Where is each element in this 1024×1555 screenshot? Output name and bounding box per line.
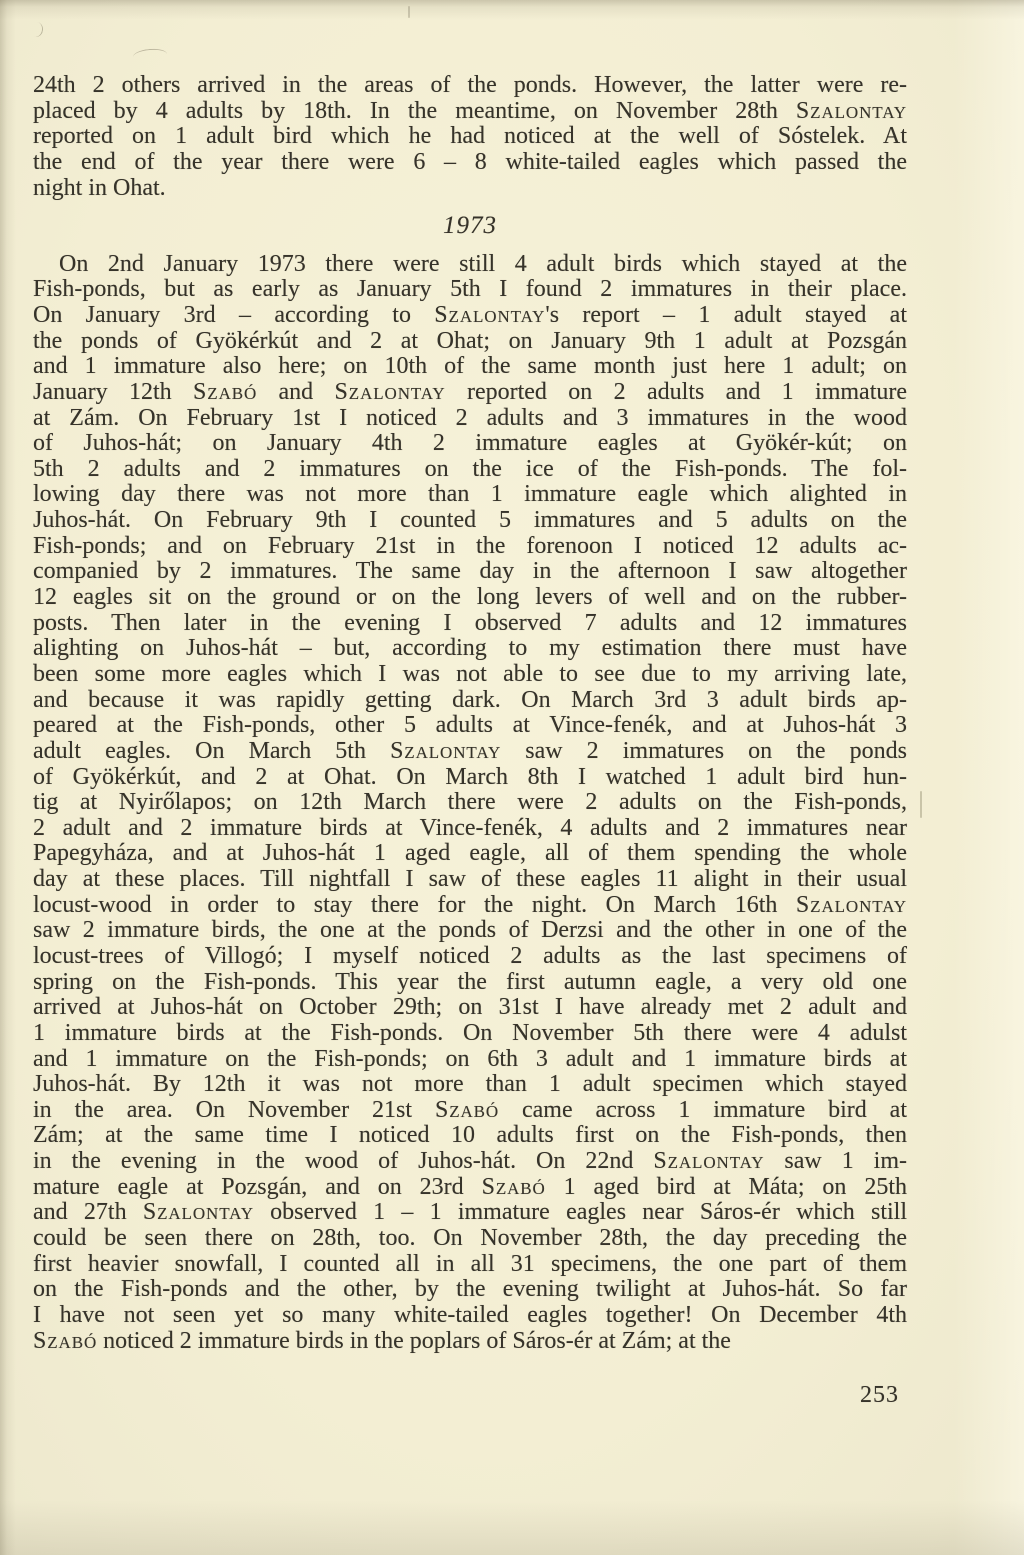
- text-line: adult eagles. On March 5th Szalontay saw…: [33, 739, 907, 765]
- text-line: and because it was rapidly getting dark.…: [33, 688, 907, 714]
- text-line: locust-trees of Villogó; I myself notice…: [33, 944, 907, 970]
- text-line: of Gyökérkút, and 2 at Ohat. On March 8t…: [33, 765, 907, 791]
- page-number: 253: [33, 1382, 907, 1409]
- text-line: 24th 2 others arrived in the areas of th…: [33, 73, 907, 99]
- person-name-smallcaps: Szabó: [193, 379, 257, 405]
- text-line: companied by 2 immatures. The same day i…: [33, 559, 907, 585]
- person-name-smallcaps: Szabó: [435, 1097, 499, 1123]
- text-line: 5th 2 adults and 2 immatures on the ice …: [33, 457, 907, 483]
- paragraph-year-1973: On 2nd January 1973 there were still 4 a…: [33, 252, 907, 1355]
- scan-artifact-corner-mark: [28, 21, 45, 39]
- person-name-smallcaps: Szalontay: [796, 892, 907, 918]
- person-name-smallcaps: Szabó: [33, 1328, 97, 1354]
- person-name-smallcaps: Szalontay: [143, 1199, 254, 1225]
- text-line: and 1 immature also here; on 10th of the…: [33, 354, 907, 380]
- text-line: Szabó noticed 2 immature birds in the po…: [33, 1329, 907, 1355]
- text-line: Fish-ponds; and on February 21st in the …: [33, 534, 907, 560]
- text-line: in the evening in the wood of Juhos-hát.…: [33, 1149, 907, 1175]
- text-line: on the Fish-ponds and the other, by the …: [33, 1277, 907, 1303]
- person-name-smallcaps: Szalontay: [335, 379, 446, 405]
- text-line: the end of the year there were 6 – 8 whi…: [33, 150, 907, 176]
- text-line: mature eagle at Pozsgán, and on 23rd Sza…: [33, 1175, 907, 1201]
- text-line: the ponds of Gyökérkút and 2 at Ohat; on…: [33, 329, 907, 355]
- text-line: first heavier snowfall, I counted all in…: [33, 1252, 907, 1278]
- person-name-smallcaps: Szabó: [482, 1174, 546, 1200]
- scan-artifact-hairline: [920, 791, 922, 818]
- text-line: posts. Then later in the evening I obser…: [33, 611, 907, 637]
- text-line: 2 adult and 2 immature birds at Vince-fe…: [33, 816, 907, 842]
- text-line: On January 3rd – according to Szalontay'…: [33, 303, 907, 329]
- text-line: Fish-ponds, but as early as January 5th …: [33, 277, 907, 303]
- person-name-smallcaps: Szalontay: [390, 738, 501, 764]
- text-line: I have not seen yet so many white-tailed…: [33, 1303, 907, 1329]
- text-line: arrived at Juhos-hát on October 29th; on…: [33, 995, 907, 1021]
- text-line: spring on the Fish-ponds. This year the …: [33, 970, 907, 996]
- text-line: night in Ohat.: [33, 176, 907, 202]
- text-line: placed by 4 adults by 18th. In the meant…: [33, 99, 907, 125]
- person-name-smallcaps: Szalontay: [434, 302, 545, 328]
- text-line: been some more eagles which I was not ab…: [33, 662, 907, 688]
- text-line: January 12th Szabó and Szalontay reporte…: [33, 380, 907, 406]
- text-line: On 2nd January 1973 there were still 4 a…: [33, 252, 907, 278]
- text-line: Zám; at the same time I noticed 10 adult…: [33, 1123, 907, 1149]
- text-line: in the area. On November 21st Szabó came…: [33, 1098, 907, 1124]
- text-line: Juhos-hát. On February 9th I counted 5 i…: [33, 508, 907, 534]
- text-line: 12 eagles sit on the ground or on the lo…: [33, 585, 907, 611]
- text-line: reported on 1 adult bird which he had no…: [33, 124, 907, 150]
- text-line: day at these places. Till nightfall I sa…: [33, 867, 907, 893]
- text-line: 1 immature birds at the Fish-ponds. On N…: [33, 1021, 907, 1047]
- text-line: of Juhos-hát; on January 4th 2 immature …: [33, 431, 907, 457]
- text-line: and 1 immature on the Fish-ponds; on 6th…: [33, 1047, 907, 1073]
- text-line: at Zám. On February 1st I noticed 2 adul…: [33, 406, 907, 432]
- person-name-smallcaps: Szalontay: [796, 98, 907, 124]
- text-line: tig at Nyirőlapos; on 12th March there w…: [33, 790, 907, 816]
- text-line: saw 2 immature birds, the one at the pon…: [33, 918, 907, 944]
- text-line: peared at the Fish-ponds, other 5 adults…: [33, 713, 907, 739]
- person-name-smallcaps: Szalontay: [653, 1148, 764, 1174]
- text-line: and 27th Szalontay observed 1 – 1 immatu…: [33, 1200, 907, 1226]
- paragraph-continued-from-previous-page: 24th 2 others arrived in the areas of th…: [33, 73, 907, 201]
- text-line: locust-wood in order to stay there for t…: [33, 893, 907, 919]
- text-line: could be seen there on 28th, too. On Nov…: [33, 1226, 907, 1252]
- scanned-book-page: 24th 2 others arrived in the areas of th…: [0, 0, 1024, 1555]
- text-line: alighting on Juhos-hát – but, according …: [33, 636, 907, 662]
- scan-artifact-arc: [132, 48, 167, 64]
- body-text-column: 24th 2 others arrived in the areas of th…: [33, 73, 907, 1354]
- text-line: Papegyháza, and at Juhos-hát 1 aged eagl…: [33, 841, 907, 867]
- scan-artifact-speck: [408, 6, 410, 18]
- text-line: Juhos-hát. By 12th it was not more than …: [33, 1072, 907, 1098]
- year-heading: 1973: [33, 213, 907, 239]
- text-line: lowing day there was not more than 1 imm…: [33, 482, 907, 508]
